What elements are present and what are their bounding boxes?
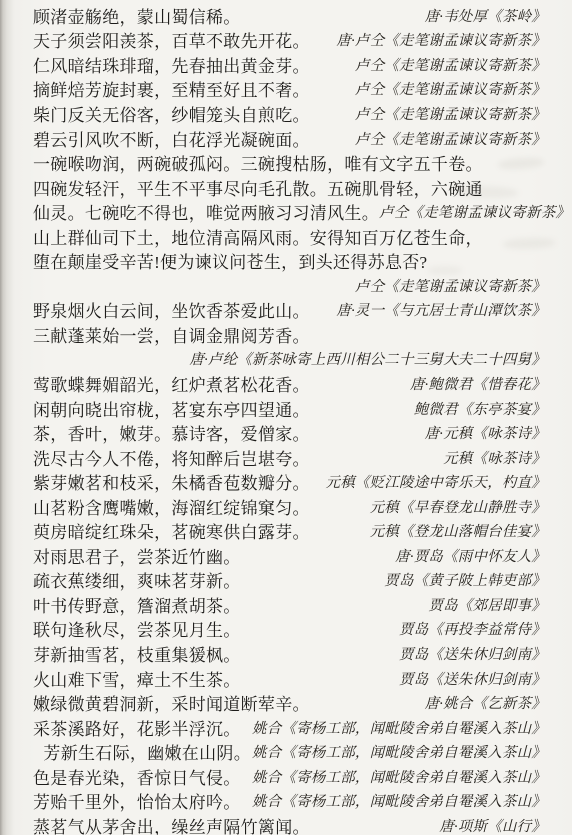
verse-text: 山上群仙司下土，地位清高隔风雨。安得知百万亿苍生命，: [33, 224, 483, 249]
attribution-text: 贾岛《郊居即事》: [428, 594, 546, 615]
attribution-text: 元稹《咏茶诗》: [443, 447, 546, 468]
verse-text: 莺歌蝶舞媚韶光，红炉煮茗松花香。: [33, 371, 310, 396]
poem-line: 三献蓬莱始一尝，自调金鼎阅芳香。: [33, 322, 546, 347]
poem-line: 天子须尝阳羡茶，百草不敢先开花。 唐·卢仝《走笔谢孟谏议寄新茶》: [33, 28, 546, 53]
verse-text: 芽新抽雪茗，枝重集猨枫。: [33, 641, 241, 666]
poem-line: 疏衣蕉缕细，爽味茗芽新。 贾岛《黄子陂上韩吏部》: [33, 568, 546, 593]
poem-line: 芳新生石际，幽嫩在山阴。 姚合《寄杨工部，闻毗陵舍弟自罨溪入茶山》: [33, 739, 546, 764]
verse-text: 四碗发轻汗，平生不平事尽向毛孔散。五碗肌骨轻，六碗通: [33, 175, 483, 200]
poem-line: 卢仝《走笔谢孟谏议寄新茶》: [33, 273, 546, 298]
verse-text: 采茶溪路好，花影半浮沉。: [33, 715, 241, 740]
verse-text: 三献蓬莱始一尝，自调金鼎阅芳香。: [33, 322, 310, 347]
attribution-text: 卢仝《走笔谢孟谏议寄新茶》: [379, 201, 570, 222]
verse-text: 仁风暗结珠琲瑠，先春抽出黄金芽。: [33, 52, 310, 77]
verse-text: 疏衣蕉缕细，爽味茗芽新。: [33, 567, 241, 592]
verse-text: 萸房暗绽红珠朵，茗碗寒供白露芽。: [33, 518, 310, 543]
verse-text: 闲朝向晓出帘栊，茗宴东亭四望通。: [33, 396, 310, 421]
poem-line: 芳贻千里外，怡怡太府吟。 姚合《寄杨工部，闻毗陵舍弟自罨溪入茶山》: [33, 789, 546, 814]
attribution-text: 元稹《早春登龙山静胜寺》: [370, 496, 546, 517]
verse-text: 顾渚壶觞绝，蒙山蜀信稀。: [33, 3, 241, 28]
attribution-text: 唐·项斯《山行》: [439, 815, 546, 835]
verse-text: 仙灵。七碗吃不得也，唯觉两腋习习清风生。: [33, 199, 379, 224]
attribution-text: 元稹《登龙山落帽台佳宴》: [370, 520, 546, 541]
attribution-text: 唐·姚合《乞新茶》: [425, 692, 546, 713]
verse-text: 一碗喉吻润，两碗破孤闷。三碗搜枯肠，唯有文字五千卷。: [33, 150, 483, 175]
scanned-book-page: 顾渚壶觞绝，蒙山蜀信稀。 唐·韦处厚《茶岭》 天子须尝阳羡茶，百草不敢先开花。 …: [0, 0, 572, 835]
poem-line: 芽新抽雪茗，枝重集猨枫。 贾岛《送朱休归剑南》: [33, 641, 546, 666]
poem-line: 仙灵。七碗吃不得也，唯觉两腋习习清风生。 卢仝《走笔谢孟谏议寄新茶》: [33, 199, 546, 224]
verse-text: 茶，香叶，嫩芽。慕诗客，爱僧家。: [33, 420, 310, 445]
verse-text: 芳贻千里外，怡怡太府吟。: [33, 788, 241, 813]
poem-line: 叶书传野意，簷溜煮胡茶。 贾岛《郊居即事》: [33, 592, 546, 617]
attribution-text: 姚合《寄杨工部，闻毗陵舍弟自罨溪入茶山》: [252, 741, 546, 762]
attribution-text: 贾岛《送朱休归剑南》: [399, 668, 546, 689]
poem-line: 山茗粉含鹰嘴嫩，海溜红绽锦窠匀。 元稹《早春登龙山静胜寺》: [33, 494, 546, 519]
attribution-text: 姚合《寄杨工部，闻毗陵舍弟自罨溪入茶山》: [252, 766, 546, 787]
attribution-text: 唐·卢纶《新茶咏寄上西川相公二十三舅大夫二十四舅》: [189, 348, 546, 369]
verse-text: 天子须尝阳羡茶，百草不敢先开花。: [33, 27, 310, 52]
verse-text: 洗尽古今人不倦，将知醉后岂堪夸。: [33, 445, 310, 470]
poem-line: 一碗喉吻润，两碗破孤闷。三碗搜枯肠，唯有文字五千卷。: [33, 150, 546, 175]
verse-text: 联句逢秋尽，尝茶见月生。: [33, 616, 241, 641]
attribution-text: 卢仝《走笔谢孟谏议寄新茶》: [355, 54, 546, 75]
tea-poem-list: 顾渚壶觞绝，蒙山蜀信稀。 唐·韦处厚《茶岭》 天子须尝阳羡茶，百草不敢先开花。 …: [33, 3, 546, 835]
poem-line: 仁风暗结珠琲瑠，先春抽出黄金芽。 卢仝《走笔谢孟谏议寄新茶》: [33, 52, 546, 77]
verse-text: 柴门反关无俗客，纱帽笼头自煎吃。: [33, 101, 310, 126]
attribution-text: 姚合《寄杨工部，闻毗陵舍弟自罨溪入茶山》: [252, 790, 546, 811]
poem-line: 萸房暗绽红珠朵，茗碗寒供白露芽。 元稹《登龙山落帽台佳宴》: [33, 518, 546, 543]
poem-line: 洗尽古今人不倦，将知醉后岂堪夸。 元稹《咏茶诗》: [33, 445, 546, 470]
verse-text: 嫩绿微黄碧洞新，采时闻道断荤辛。: [33, 690, 310, 715]
poem-line: 紫芽嫩茗和枝采，朱橘香苞数瓣分。 元稹《贬江陵途中寄乐天，杓直》: [33, 469, 546, 494]
attribution-text: 唐·韦处厚《茶岭》: [425, 5, 546, 26]
poem-line: 色是春光染，香惊日气侵。 姚合《寄杨工部，闻毗陵舍弟自罨溪入茶山》: [33, 764, 546, 789]
poem-line: 闲朝向晓出帘栊，茗宴东亭四望通。 鲍微君《东亭茶宴》: [33, 396, 546, 421]
poem-line: 摘鲜焙芳旋封裹，至精至好且不奢。 卢仝《走笔谢孟谏议寄新茶》: [33, 77, 546, 102]
attribution-text: 贾岛《再投李益常侍》: [399, 618, 546, 639]
poem-line: 唐·卢纶《新茶咏寄上西川相公二十三舅大夫二十四舅》: [33, 347, 546, 372]
attribution-text: 贾岛《黄子陂上韩吏部》: [384, 569, 546, 590]
attribution-text: 唐·元稹《咏茶诗》: [425, 422, 546, 443]
verse-text: 火山难下雪，瘴土不生茶。: [33, 666, 241, 691]
verse-text: 野泉烟火白云间，坐饮香茶爱此山。: [33, 297, 310, 322]
attribution-text: 元稹《贬江陵途中寄乐天，杓直》: [326, 471, 547, 492]
attribution-text: 卢仝《走笔谢孟谏议寄新茶》: [355, 78, 546, 99]
verse-text: 碧云引风吹不断，白花浮光凝碗面。: [33, 126, 310, 151]
poem-line: 联句逢秋尽，尝茶见月生。 贾岛《再投李益常侍》: [33, 617, 546, 642]
poem-line: 柴门反关无俗客，纱帽笼头自煎吃。 卢仝《走笔谢孟谏议寄新茶》: [33, 101, 546, 126]
verse-text: 芳新生石际，幽嫩在山阴。: [43, 739, 251, 764]
attribution-text: 唐·卢仝《走笔谢孟谏议寄新茶》: [336, 29, 546, 50]
poem-line: 莺歌蝶舞媚韶光，红炉煮茗松花香。 唐·鲍微君《惜春花》: [33, 371, 546, 396]
verse-text: 色是春光染，香惊日气侵。: [33, 764, 241, 789]
poem-line: 蒸茗气从茅舍出，缲丝声隔竹篱闻。 唐·项斯《山行》: [33, 813, 546, 835]
poem-line: 采茶溪路好，花影半浮沉。 姚合《寄杨工部，闻毗陵舍弟自罨溪入茶山》: [33, 715, 546, 740]
poem-line: 火山难下雪，瘴土不生茶。 贾岛《送朱休归剑南》: [33, 666, 546, 691]
page-gutter-shadow: [0, 0, 14, 835]
attribution-text: 唐·贾岛《雨中怀友人》: [395, 545, 546, 566]
poem-line: 四碗发轻汗，平生不平事尽向毛孔散。五碗肌骨轻，六碗通: [33, 175, 546, 200]
verse-text: 紫芽嫩茗和枝采，朱橘香苞数瓣分。: [33, 469, 310, 494]
poem-line: 山上群仙司下土，地位清高隔风雨。安得知百万亿苍生命，: [33, 224, 546, 249]
verse-text: 蒸茗气从茅舍出，缲丝声隔竹篱闻。: [33, 813, 310, 835]
poem-line: 对雨思君子，尝茶近竹幽。 唐·贾岛《雨中怀友人》: [33, 543, 546, 568]
poem-line: 茶，香叶，嫩芽。慕诗客，爱僧家。 唐·元稹《咏茶诗》: [33, 420, 546, 445]
attribution-text: 唐·灵一《与亢居士青山潭饮茶》: [336, 299, 546, 320]
attribution-text: 卢仝《走笔谢孟谏议寄新茶》: [355, 275, 546, 296]
verse-text: 叶书传野意，簷溜煮胡茶。: [33, 592, 241, 617]
attribution-text: 卢仝《走笔谢孟谏议寄新茶》: [355, 128, 546, 149]
poem-line: 野泉烟火白云间，坐饮香茶爱此山。 唐·灵一《与亢居士青山潭饮茶》: [33, 298, 546, 323]
attribution-text: 卢仝《走笔谢孟谏议寄新茶》: [355, 103, 546, 124]
verse-text: 摘鲜焙芳旋封裹，至精至好且不奢。: [33, 76, 310, 101]
poem-line: 顾渚壶觞绝，蒙山蜀信稀。 唐·韦处厚《茶岭》: [33, 3, 546, 28]
attribution-text: 鲍微君《东亭茶宴》: [414, 398, 546, 419]
poem-line: 嫩绿微黄碧洞新，采时闻道断荤辛。 唐·姚合《乞新茶》: [33, 690, 546, 715]
poem-line: 堕在颠崖受辛苦!便为谏议问苍生，到头还得苏息否?: [33, 248, 546, 273]
verse-text: 山茗粉含鹰嘴嫩，海溜红绽锦窠匀。: [33, 494, 310, 519]
attribution-text: 唐·鲍微君《惜春花》: [410, 373, 546, 394]
poem-line: 碧云引风吹不断，白花浮光凝碗面。 卢仝《走笔谢孟谏议寄新茶》: [33, 126, 546, 151]
attribution-text: 姚合《寄杨工部，闻毗陵舍弟自罨溪入茶山》: [252, 717, 546, 738]
attribution-text: 贾岛《送朱休归剑南》: [399, 643, 546, 664]
verse-text: 对雨思君子，尝茶近竹幽。: [33, 543, 241, 568]
verse-text: 堕在颠崖受辛苦!便为谏议问苍生，到头还得苏息否?: [33, 248, 427, 273]
